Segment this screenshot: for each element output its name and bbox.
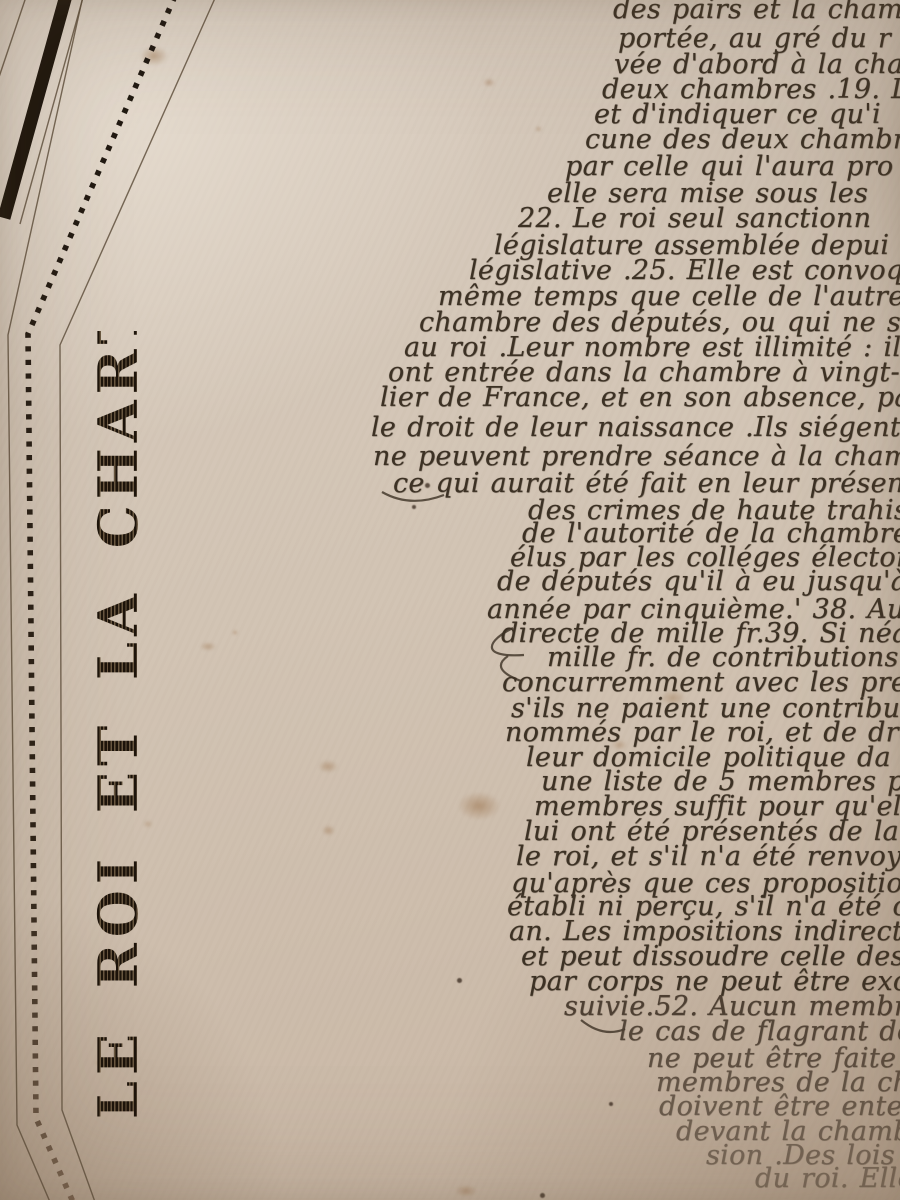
- text-line: même temps que celle de l'autre: [438, 283, 900, 310]
- text-line: concurremment avec les premi: [502, 669, 900, 696]
- text-line: cune des deux chambr: [585, 126, 900, 153]
- text-line: lier de France, et en son absence, par u: [380, 384, 900, 411]
- text-line: ce qui aurait été fait en leur présen: [393, 470, 900, 497]
- charter-text-block: des pairs et la champortée, au gré du rv…: [0, 0, 900, 1200]
- text-line: des pairs et la cham: [613, 0, 900, 23]
- text-line: le roi, et s'il n'a été renvoyé: [516, 843, 900, 870]
- text-line: du roi. Elle: [755, 1165, 900, 1192]
- engraving-photo: LE ROI ET LA CHARTE des pairs et la cham…: [0, 0, 900, 1200]
- text-line: législative .25. Elle est convoqu: [469, 257, 900, 284]
- text-line: 22. Le roi seul sanctionn: [518, 205, 871, 232]
- text-line: le droit de leur naissance .Ils siégent …: [371, 414, 900, 441]
- text-line: de députés qu'il à eu jusqu'à: [497, 568, 900, 595]
- text-line: ne peuvent prendre séance à la cham: [373, 443, 900, 470]
- text-line: portée, au gré du r: [618, 25, 891, 52]
- text-line: le cas de flagrant dé: [619, 1018, 900, 1045]
- text-line: par celle qui l'aura pro: [565, 153, 893, 180]
